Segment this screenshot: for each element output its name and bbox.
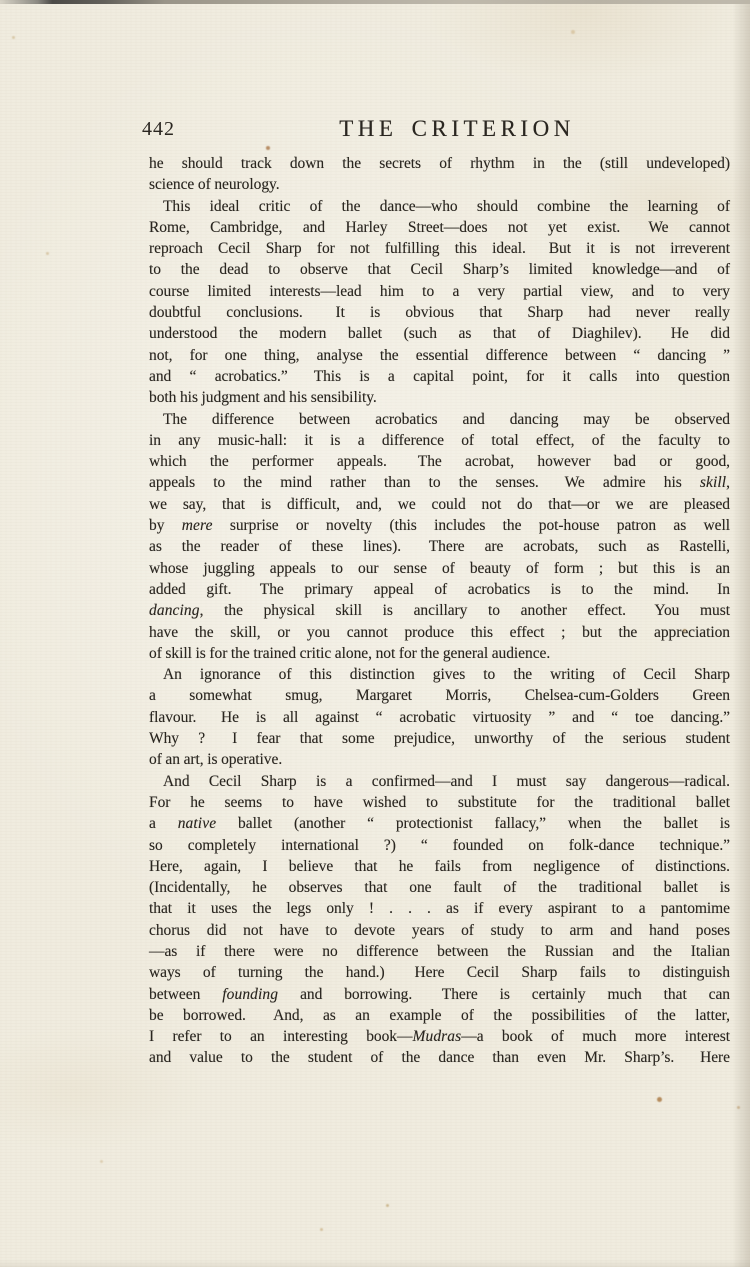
text-line: of skill is for the trained critic alone… bbox=[149, 643, 730, 664]
text-line: be borrowed. And, as an example of the p… bbox=[149, 1005, 730, 1026]
book-page: 442 THE CRITERION he should track down t… bbox=[0, 0, 750, 1267]
text-line: whose juggling appeals to our sense of b… bbox=[149, 558, 730, 579]
page-header-row: 442 THE CRITERION bbox=[142, 115, 730, 143]
text-line: An ignorance of this distinction gives t… bbox=[149, 664, 730, 685]
paper-speck bbox=[657, 1097, 662, 1102]
paragraph: The difference between acrobatics and da… bbox=[149, 409, 730, 665]
text-line: reproach Cecil Sharp for not fulfilling … bbox=[149, 238, 730, 259]
text-line: that it uses the legs only ! . . . as if… bbox=[149, 898, 730, 919]
text-line: he should track down the secrets of rhyt… bbox=[149, 153, 730, 174]
paper-speck bbox=[683, 629, 686, 632]
paper-speck bbox=[386, 1204, 389, 1207]
text-line: doubtful conclusions. It is obvious that… bbox=[149, 302, 730, 323]
text-line: —as if there were no difference between … bbox=[149, 941, 730, 962]
text-line: and value to the student of the dance th… bbox=[149, 1047, 730, 1068]
text-line: Why ? I fear that some prejudice, unwort… bbox=[149, 728, 730, 749]
text-line: The difference between acrobatics and da… bbox=[149, 409, 730, 430]
text-line: so completely international ?) “ founded… bbox=[149, 835, 730, 856]
scan-edge-shadow bbox=[0, 0, 750, 4]
text-line: of an art, is operative. bbox=[149, 749, 730, 770]
text-line: chorus did not have to devote years of s… bbox=[149, 920, 730, 941]
text-line: For he seems to have wished to substitut… bbox=[149, 792, 730, 813]
text-line: by mere surprise or novelty (this includ… bbox=[149, 515, 730, 536]
text-line: ways of turning the hand.) Here Cecil Sh… bbox=[149, 962, 730, 983]
text-line: as the reader of these lines). There are… bbox=[149, 536, 730, 557]
text-line: course limited interests—lead him to a v… bbox=[149, 281, 730, 302]
text-line: in any music-hall: it is a difference of… bbox=[149, 430, 730, 451]
paragraph: An ignorance of this distinction gives t… bbox=[149, 664, 730, 770]
text-line: Rome, Cambridge, and Harley Street—does … bbox=[149, 217, 730, 238]
paragraph: he should track down the secrets of rhyt… bbox=[149, 153, 730, 196]
text-line: added gift. The primary appeal of acroba… bbox=[149, 579, 730, 600]
text-line: understood the modern ballet (such as th… bbox=[149, 323, 730, 344]
text-line: science of neurology. bbox=[149, 174, 730, 195]
paragraph: And Cecil Sharp is a confirmed—and I mus… bbox=[149, 771, 730, 1069]
text-line: a native ballet (another “ protectionist… bbox=[149, 813, 730, 834]
text-line: which the performer appeals. The acrobat… bbox=[149, 451, 730, 472]
text-block: he should track down the secrets of rhyt… bbox=[149, 153, 730, 1069]
paper-speck bbox=[266, 146, 270, 150]
paper-speck bbox=[12, 36, 15, 39]
text-line: Here, again, I believe that he fails fro… bbox=[149, 856, 730, 877]
text-line: between founding and borrowing. There is… bbox=[149, 984, 730, 1005]
paper-speck bbox=[46, 252, 49, 255]
text-line: we say, that is difficult, and, we could… bbox=[149, 494, 730, 515]
text-line: dancing, the physical skill is ancillary… bbox=[149, 600, 730, 621]
text-line: to the dead to observe that Cecil Sharp’… bbox=[149, 259, 730, 280]
paper-speck bbox=[100, 1160, 103, 1163]
text-line: I refer to an interesting book—Mudras—a … bbox=[149, 1026, 730, 1047]
text-line: appeals to the mind rather than to the s… bbox=[149, 472, 730, 493]
text-line: (Incidentally, he observes that one faul… bbox=[149, 877, 730, 898]
text-line: flavour. He is all against “ acrobatic v… bbox=[149, 707, 730, 728]
paper-speck bbox=[571, 30, 575, 34]
text-line: both his judgment and his sensibility. bbox=[149, 387, 730, 408]
text-line: This ideal critic of the dance—who shoul… bbox=[149, 196, 730, 217]
paper-speck bbox=[737, 1106, 740, 1109]
paper-speck bbox=[320, 1228, 323, 1231]
text-line: and “ acrobatics.” This is a capital poi… bbox=[149, 366, 730, 387]
running-head-title: THE CRITERION bbox=[163, 115, 750, 143]
paragraph: This ideal critic of the dance—who shoul… bbox=[149, 196, 730, 409]
text-line: And Cecil Sharp is a confirmed—and I mus… bbox=[149, 771, 730, 792]
text-line: have the skill, or you cannot produce th… bbox=[149, 622, 730, 643]
text-line: a somewhat smug, Margaret Morris, Chelse… bbox=[149, 685, 730, 706]
text-line: not, for one thing, analyse the essentia… bbox=[149, 345, 730, 366]
